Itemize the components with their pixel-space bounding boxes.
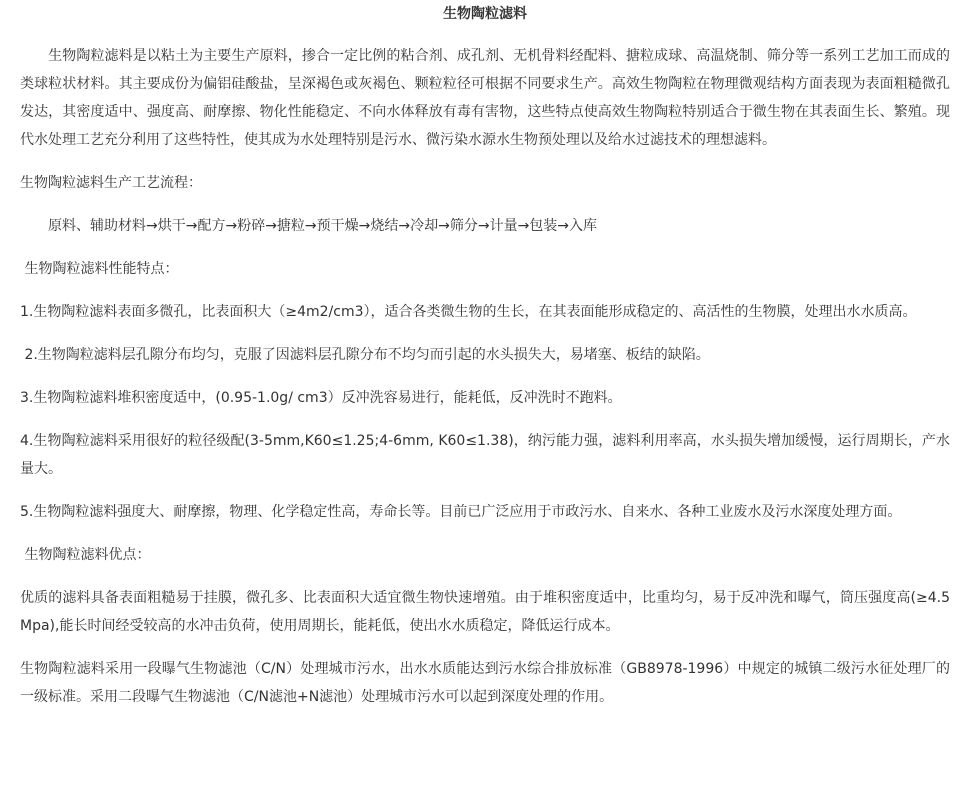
feature-item-4: 4.生物陶粒滤料采用很好的粒径级配(3-5mm,K60≤1.25;4-6mm, … bbox=[20, 427, 950, 483]
paragraph-intro: 生物陶粒滤料是以粘土为主要生产原料，掺合一定比例的粘合剂、成孔剂、无机骨料经配料… bbox=[20, 42, 950, 154]
feature-item-5: 5.生物陶粒滤料强度大、耐摩擦，物理、化学稳定性高，寿命长等。目前已广泛应用于市… bbox=[20, 498, 950, 526]
feature-item-3: 3.生物陶粒滤料堆积密度适中，(0.95-1.0g/ cm3）反冲洗容易进行，能… bbox=[20, 384, 950, 412]
document-title: 生物陶粒滤料 bbox=[20, 0, 950, 28]
section-heading-process: 生物陶粒滤料生产工艺流程： bbox=[20, 169, 950, 197]
process-flow: 原料、辅助材料→烘干→配方→粉碎→搪粒→预干燥→烧结→冷却→筛分→计量→包装→入… bbox=[20, 212, 950, 240]
section-heading-features: 生物陶粒滤料性能特点： bbox=[20, 255, 950, 283]
paragraph-application: 生物陶粒滤料采用一段曝气生物滤池（C/N）处理城市污水，出水水质能达到污水综合排… bbox=[20, 655, 950, 711]
feature-item-1: 1.生物陶粒滤料表面多微孔，比表面积大（≥4m2/cm3），适合各类微生物的生长… bbox=[20, 298, 950, 326]
feature-item-2: 2.生物陶粒滤料层孔隙分布均匀，克服了因滤料层孔隙分布不均匀而引起的水头损失大，… bbox=[20, 341, 950, 369]
document-page: 生物陶粒滤料 生物陶粒滤料是以粘土为主要生产原料，掺合一定比例的粘合剂、成孔剂、… bbox=[0, 0, 972, 711]
paragraph-advantages: 优质的滤料具备表面粗糙易于挂膜，微孔多、比表面积大适宜微生物快速增殖。由于堆积密… bbox=[20, 584, 950, 640]
section-heading-advantages: 生物陶粒滤料优点： bbox=[20, 541, 950, 569]
